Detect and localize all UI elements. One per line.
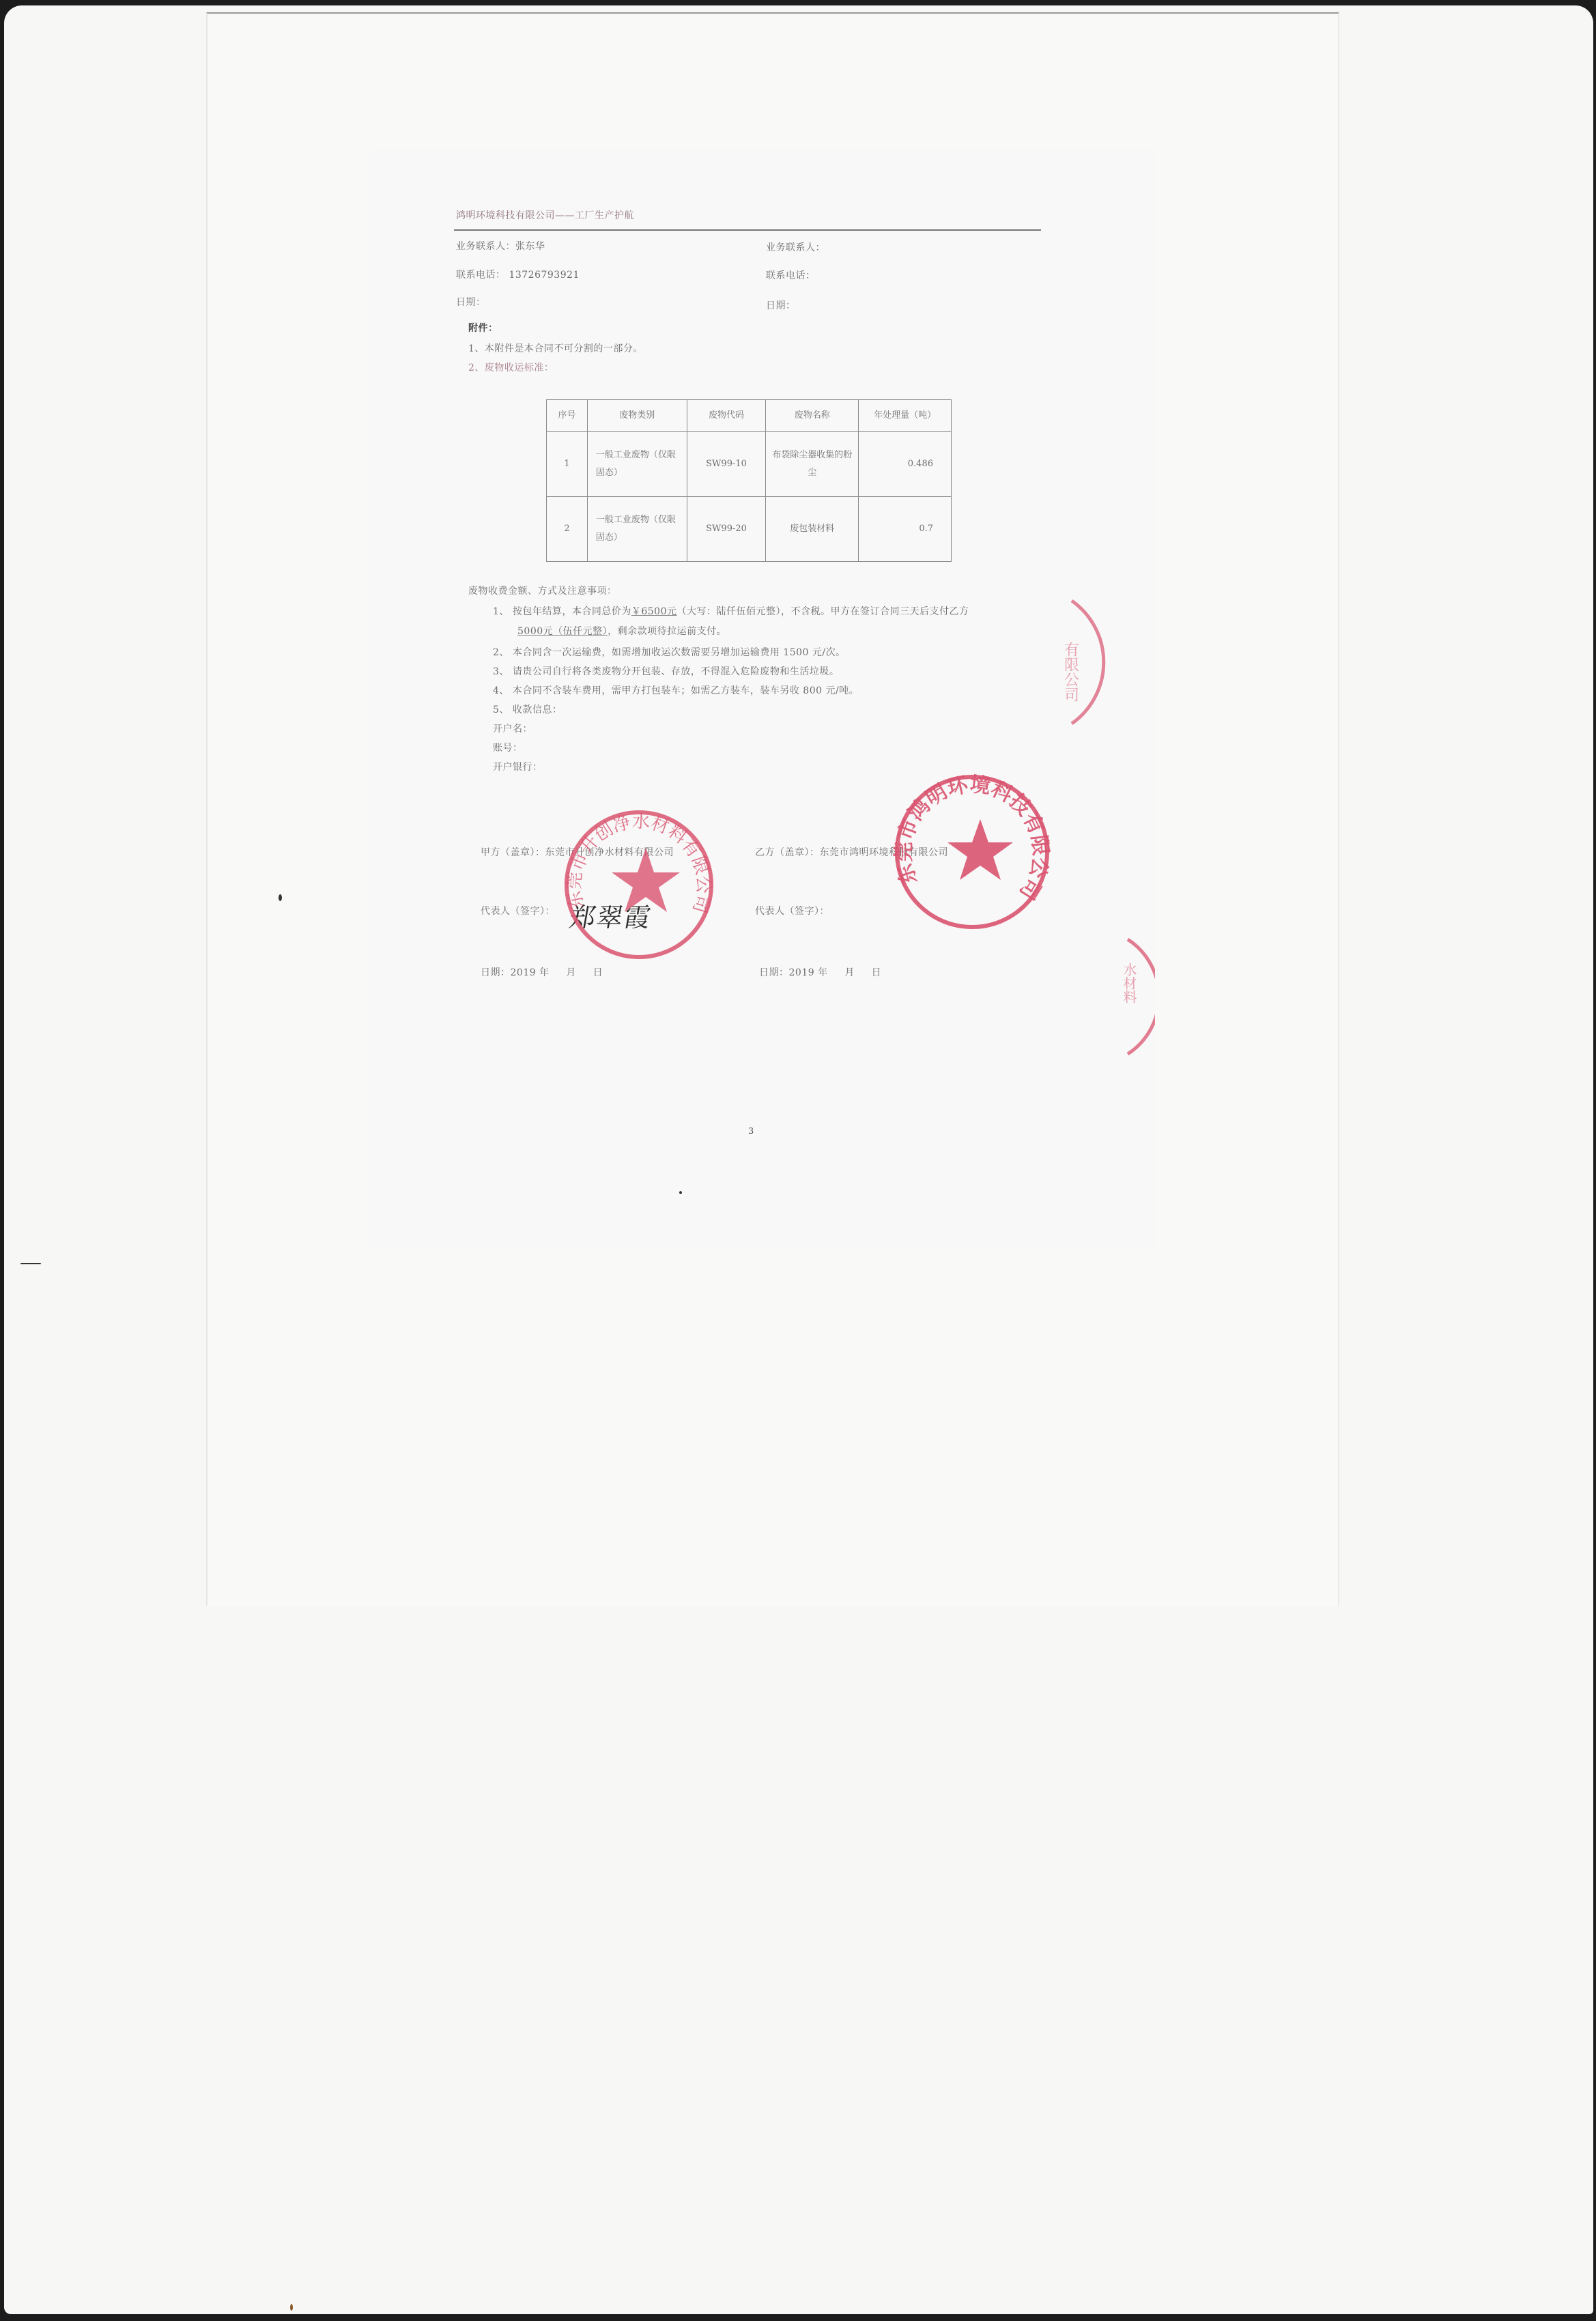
left-contact-date: 日期： xyxy=(456,295,486,309)
left-phone-label: 联系电话： xyxy=(456,270,506,281)
svg-text:东莞市鸿明环境科技有限公司: 东莞市鸿明环境科技有限公司 xyxy=(892,773,1053,904)
table-row: 2 一般工业废物（仅限固态） SW99-20 废包装材料 0.7 xyxy=(547,497,952,562)
scan-speck xyxy=(679,1191,682,1194)
right-contact-date: 日期： xyxy=(766,298,796,312)
party-a-rep-label: 代表人（签字）： xyxy=(481,904,555,917)
account-no-label: 账号： xyxy=(493,741,523,754)
header-divider xyxy=(454,229,1041,231)
party-b-date-label: 日期：2019 年 xyxy=(759,967,828,978)
fee-clause-5: 5、 收款信息： xyxy=(493,702,562,716)
party-a-month: 月 xyxy=(566,967,576,978)
cell-code: SW99-10 xyxy=(687,432,766,497)
cell-name: 布袋除尘器收集的粉尘 xyxy=(766,432,859,497)
right-contact-phone: 联系电话： xyxy=(766,268,816,282)
fees-title: 废物收费金额、方式及注意事项： xyxy=(468,584,617,597)
scan-speck xyxy=(20,1263,41,1264)
cell-name: 废包装材料 xyxy=(766,497,859,562)
party-b-day: 日 xyxy=(872,967,882,978)
attachment-item-2: 2、废物收运标准： xyxy=(468,360,554,374)
bank-label: 开户银行： xyxy=(493,760,543,773)
col-header-no: 序号 xyxy=(547,400,588,432)
party-a-company-seal: 东莞市升创净水材料有限公司 xyxy=(561,807,717,963)
scan-speck xyxy=(290,2304,293,2311)
col-header-tonnage: 年处理量（吨） xyxy=(859,400,952,432)
fee-clause-2: 2、 本合同含一次运输费，如需增加收运次数需要另增加运输费用 1500 元/次。 xyxy=(493,645,846,659)
fee-clause-1: 1、 按包年结算，本合同总价为￥6500元（大写：陆仟伍佰元整），不含税。甲方在… xyxy=(493,604,969,618)
cell-tonnage: 0.486 xyxy=(859,432,952,497)
edge-seal-partial-1: 有限公司 xyxy=(1046,594,1114,730)
page-number: 3 xyxy=(748,1126,754,1137)
edge-seal-partial-2: 水材料 xyxy=(1114,935,1155,1058)
left-contact-person: 业务联系人：张东华 xyxy=(456,239,545,253)
account-name-label: 开户名： xyxy=(493,722,532,735)
party-b-month: 月 xyxy=(844,967,855,978)
party-b-rep-label: 代表人（签字）： xyxy=(755,904,829,917)
svg-text:水材料: 水材料 xyxy=(1121,963,1137,1003)
attachment-title: 附件： xyxy=(468,321,498,334)
svg-text:有限公司: 有限公司 xyxy=(1062,642,1079,702)
cell-no: 1 xyxy=(547,432,588,497)
fee-clause-4: 4、 本合同不含装车费用，需甲方打包装车；如需乙方装车，装车另收 800 元/吨… xyxy=(493,683,859,697)
party-a-seal-label: 甲方（盖章）： xyxy=(481,847,545,858)
col-header-name: 废物名称 xyxy=(766,400,859,432)
left-contact-phone: 联系电话： 13726793921 xyxy=(456,268,580,281)
contract-total-amount: ￥6500元 xyxy=(631,606,677,617)
party-b-company-seal: 东莞市鸿明环境科技有限公司 xyxy=(892,771,1053,932)
clause-1-middle: （大写：陆仟伍佰元整），不含税。甲方在签订合同三天后支付乙方 xyxy=(677,606,969,617)
clause-1-suffix: ，剩余款项待拉运前支付。 xyxy=(608,626,726,637)
cell-category: 一般工业废物（仅限固态） xyxy=(587,432,687,497)
attachment-item-1: 1、本附件是本合同不可分割的一部分。 xyxy=(468,341,643,355)
contract-page xyxy=(369,150,1154,1249)
party-b-seal-label: 乙方（盖章）： xyxy=(755,847,820,858)
cell-category: 一般工业废物（仅限固态） xyxy=(587,497,687,562)
party-a-date: 日期：2019 年 月 日 xyxy=(481,965,603,979)
deposit-amount: 5000元（伍仟元整） xyxy=(517,626,608,637)
table-row: 1 一般工业废物（仅限固态） SW99-10 布袋除尘器收集的粉尘 0.486 xyxy=(547,432,952,497)
table-header-row: 序号 废物类别 废物代码 废物名称 年处理量（吨） xyxy=(547,400,952,432)
header-title: 鸿明环境科技有限公司——工厂生产护航 xyxy=(456,208,634,222)
left-phone-value: 13726793921 xyxy=(509,270,579,281)
fee-clause-3: 3、 请贵公司自行将各类废物分开包装、存放，不得混入危险废物和生活垃圾。 xyxy=(493,664,839,678)
left-person-label: 业务联系人： xyxy=(456,241,515,252)
col-header-code: 废物代码 xyxy=(687,400,766,432)
waste-table: 序号 废物类别 废物代码 废物名称 年处理量（吨） 1 一般工业废物（仅限固态）… xyxy=(546,399,952,562)
scan-speck xyxy=(279,894,282,901)
fee-clause-1-cont: 5000元（伍仟元整），剩余款项待拉运前支付。 xyxy=(517,624,726,638)
col-header-category: 废物类别 xyxy=(587,400,687,432)
right-contact-person: 业务联系人： xyxy=(766,240,825,254)
attachment-item-2-text: 2、废物收运标准： xyxy=(468,362,554,373)
cell-code: SW99-20 xyxy=(687,497,766,562)
left-person-value: 张东华 xyxy=(515,241,545,252)
party-b-date: 日期：2019 年 月 日 xyxy=(759,965,881,979)
cell-no: 2 xyxy=(547,497,588,562)
clause-1-prefix: 1、 按包年结算，本合同总价为 xyxy=(493,606,631,617)
party-a-date-label: 日期：2019 年 xyxy=(481,967,550,978)
cell-tonnage: 0.7 xyxy=(859,497,952,562)
party-a-day: 日 xyxy=(593,967,603,978)
